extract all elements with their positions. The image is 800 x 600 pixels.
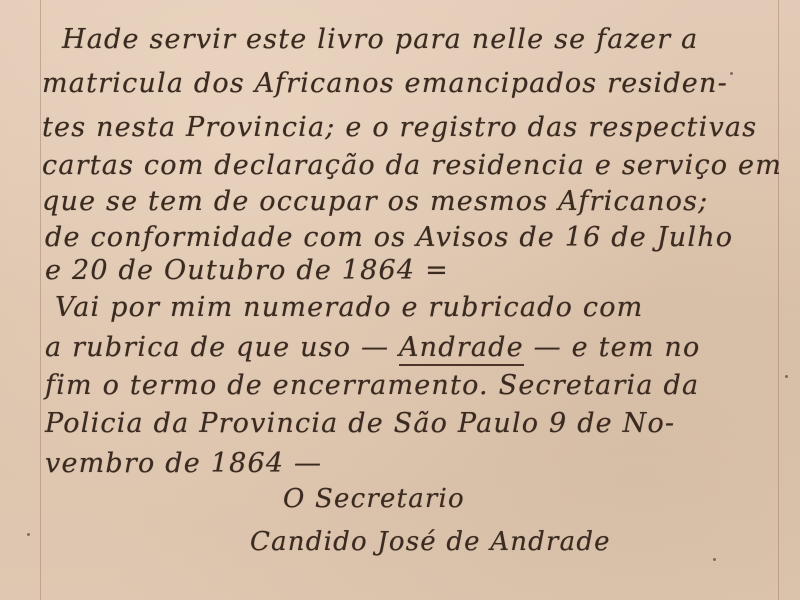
text-line-6: de conformidade com os Avisos de 16 de J…	[45, 222, 733, 253]
right-margin-rule	[778, 0, 779, 600]
text-line-8: Vai por mim numerado e rubricado com	[55, 292, 643, 323]
signature-name: Candido José de Andrade	[250, 527, 611, 557]
text-line-5: que se tem de occupar os mesmos Africano…	[42, 186, 708, 217]
text-line-11: Policia da Provincia de São Paulo 9 de N…	[45, 408, 675, 439]
text-line-9-start: a rubrica de que uso	[45, 332, 351, 363]
paper-speck	[27, 533, 30, 536]
rubric-dash-after: —	[534, 332, 562, 363]
signature-title: O Secretario	[283, 484, 465, 514]
paper-speck	[785, 375, 788, 378]
text-line-4: cartas com declaração da residencia e se…	[42, 150, 782, 181]
text-line-7: e 20 de Outubro de 1864 =	[45, 255, 449, 286]
document-page: Hade servir este livro para nelle se faz…	[0, 0, 800, 600]
text-line-2: matricula dos Africanos emancipados resi…	[42, 68, 728, 99]
text-line-3: tes nesta Provincia; e o registro das re…	[42, 112, 757, 143]
left-margin-rule	[40, 0, 41, 600]
text-line-1: Hade servir este livro para nelle se faz…	[62, 24, 698, 55]
text-line-9-end: e tem no	[572, 332, 701, 363]
text-line-9: a rubrica de que uso — Andrade — e tem n…	[45, 332, 700, 363]
paper-speck	[730, 72, 733, 75]
text-line-12: vembro de 1864 —	[45, 448, 322, 479]
text-line-10: fim o termo de encerramento. Secretaria …	[45, 370, 699, 401]
rubric-dash-before: —	[361, 332, 389, 363]
paper-speck	[713, 558, 716, 561]
rubric-name: Andrade	[399, 332, 524, 366]
